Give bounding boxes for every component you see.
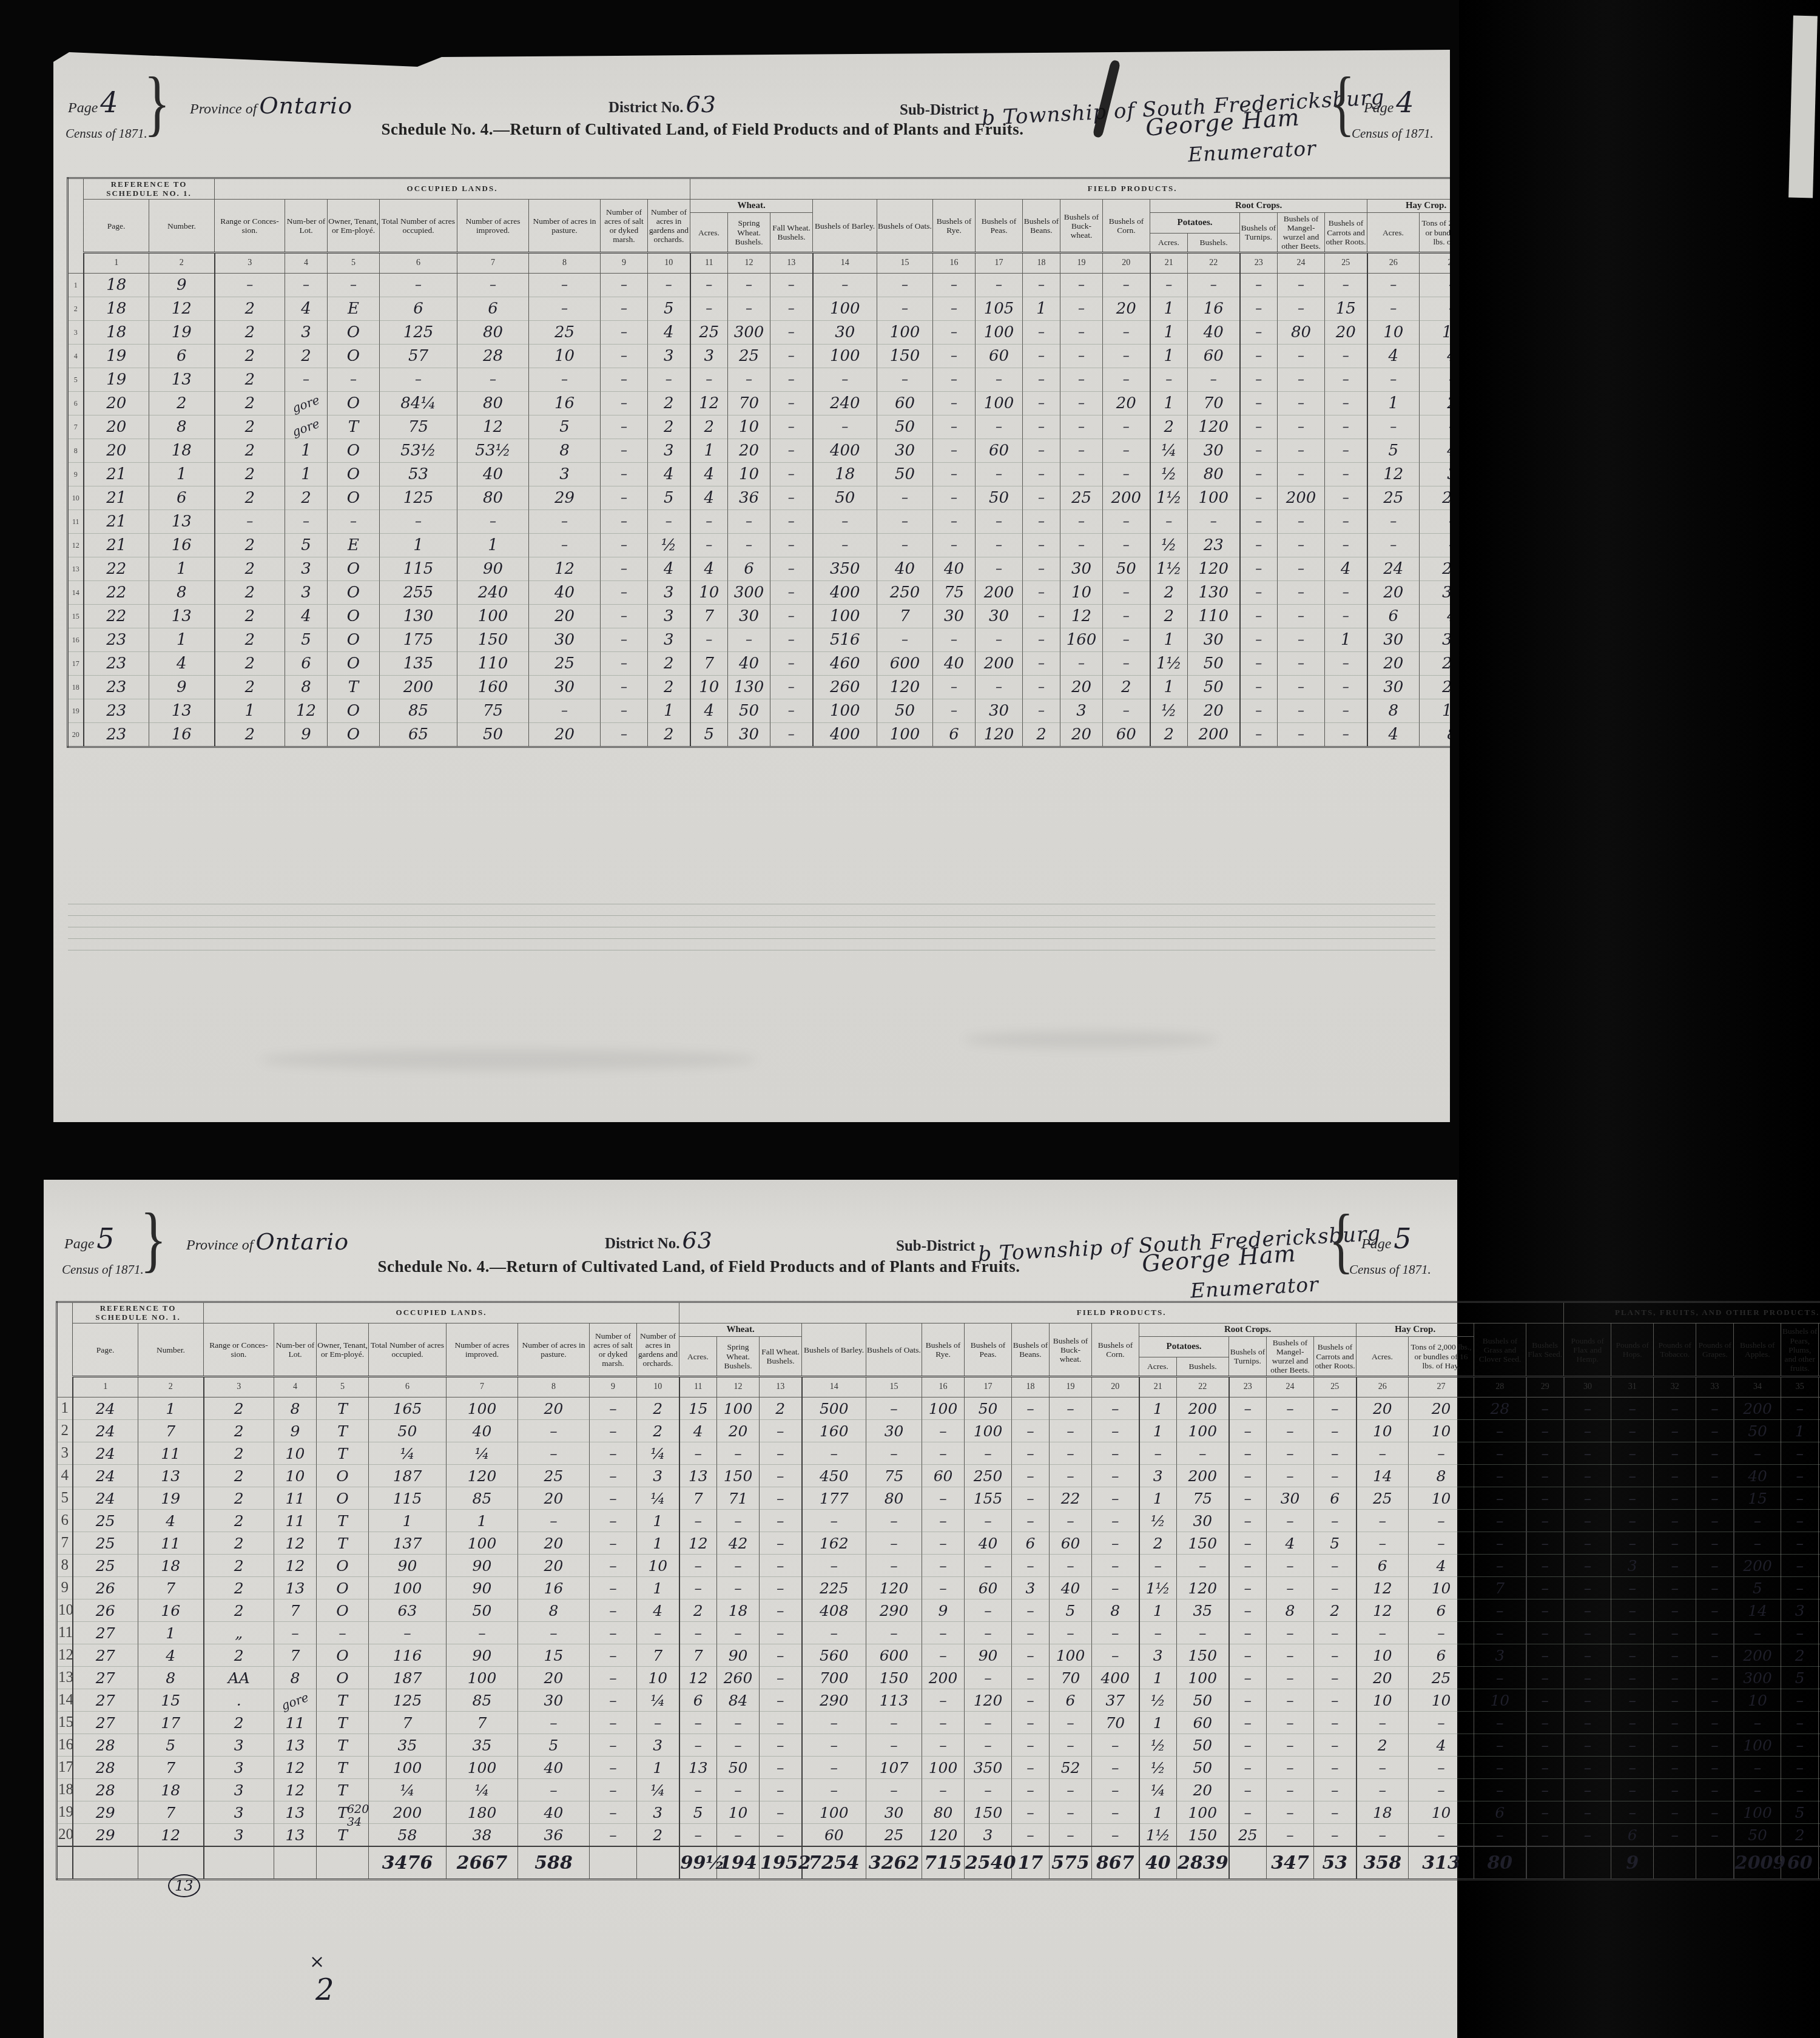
cell: 20 [728,439,770,463]
cell: 100 [447,1757,518,1779]
cell: – [802,1555,866,1577]
cell: – [1023,439,1060,463]
column-header: Reference to Schedule No. 1. [84,178,215,200]
table-row: 19297313T20018040–3510–1003080150–––1100… [57,1801,1820,1824]
cell: – [1240,345,1278,368]
cell: – [760,1779,802,1801]
cell: 5 [679,1801,717,1824]
cell: – [933,534,976,557]
cell: 25 [866,1824,922,1847]
total-cell [204,1846,274,1880]
cell: – [1278,345,1325,368]
cell: 1½ [1139,1824,1177,1847]
cell: 12 [457,415,529,439]
cell: 160 [457,676,529,699]
cell: 150 [965,1801,1012,1824]
cell: – [1150,274,1188,297]
column-header: 25 [1314,1377,1357,1397]
cell: E [328,534,380,557]
cell: 13 [274,1801,317,1824]
cell: – [1103,581,1150,605]
cell: 4 [1367,723,1420,747]
cell: – [1012,1510,1050,1532]
cell: – [1050,1801,1092,1824]
cell: 85 [447,1689,518,1712]
cell: 70 [728,392,770,415]
cell: – [328,368,380,392]
cell: – [1103,345,1150,368]
column-header: Owner, Tenant, or Em-ployé. [328,200,380,253]
cell: – [1229,1734,1267,1757]
cell: – [1050,1734,1092,1757]
cell: 58 [369,1824,447,1847]
cell: – [770,345,813,368]
cell: 1 [149,628,215,652]
cell: 40 [933,557,976,581]
cell: – [1267,1397,1314,1420]
cell: 2 [215,368,285,392]
cell: 2 [679,1599,717,1622]
cell: – [1092,1734,1139,1757]
cell: 1 [1150,345,1188,368]
cell: 120 [866,1577,922,1599]
cell: 50 [1177,1734,1229,1757]
cell: 4 [1367,345,1420,368]
cell: – [1188,368,1240,392]
cell: – [529,510,601,534]
cell: – [590,1689,637,1712]
cell: – [1240,605,1278,628]
column-header: 5 [317,1377,369,1397]
cell: 200 [380,676,457,699]
cell: 60 [1103,723,1150,747]
cell: 2 [215,605,285,628]
cell: 1 [138,1622,204,1644]
cell: – [518,1442,590,1465]
cell: – [770,439,813,463]
cell: ½ [1150,534,1188,557]
cell: – [1564,1622,1611,1644]
cell: – [1060,439,1103,463]
cell: 1 [690,439,728,463]
cell: – [770,274,813,297]
cell: 100 [447,1667,518,1689]
cell: 30 [728,723,770,747]
cell: – [1240,723,1278,747]
cell: 7 [369,1712,447,1734]
column-header: Number of acres in gardens and orchards. [637,1323,679,1377]
district-label: District No. [608,99,684,116]
cell: – [965,1622,1012,1644]
cell: – [1564,1801,1611,1824]
cell: 1 [285,463,328,486]
total-cell: 2009 [1734,1846,1781,1880]
cell: T [317,1757,369,1779]
cell: – [877,510,933,534]
totals-row: 3476266758899½19419527254326271525401757… [57,1846,1820,1880]
cell: 16 [138,1599,204,1622]
province-block: Province of Ontario [190,92,352,119]
row-number: 17 [68,652,84,676]
cell: – [1526,1442,1564,1465]
cell: 3 [637,1801,679,1824]
cell: 6 [1409,1644,1474,1667]
cell: 200 [1177,1397,1229,1420]
cell: – [1060,534,1103,557]
district-block: District No. 63 [605,1227,713,1254]
cell: 105 [976,297,1023,321]
page-number-block: Page 5 [64,1222,115,1255]
cell: 200 [1103,486,1150,510]
cell: – [518,1779,590,1801]
total-cell: 99½ [679,1846,717,1880]
cell: 10 [1409,1689,1474,1712]
cell: – [1781,1510,1819,1532]
cell: – [1188,274,1240,297]
cell: 11 [274,1510,317,1532]
row-number: 12 [57,1644,73,1667]
cell: – [1023,628,1060,652]
column-header: Bushels of Barley. [813,200,877,253]
cell: – [1012,1757,1050,1779]
cell: 25 [73,1510,138,1532]
cell: – [601,368,648,392]
cell: 50 [877,699,933,723]
cell: 113 [866,1689,922,1712]
cell: 19 [84,345,149,368]
cell: – [1564,1824,1611,1847]
cell: 3 [204,1757,274,1779]
cell: 4 [1409,1555,1474,1577]
cell: 53½ [457,439,529,463]
cell: – [1240,392,1278,415]
column-header: Number of acres of salt or dyked marsh. [601,200,648,253]
cell: 2 [1103,676,1150,699]
cell: – [601,486,648,510]
cell: – [1314,1689,1357,1712]
cell: 5 [648,297,690,321]
cell: 14 [1357,1465,1409,1487]
column-header: Bushels of Apples. [1734,1323,1781,1377]
column-header: Bushels of Peas. [965,1323,1012,1377]
cell: – [760,1801,802,1824]
cell: 50 [369,1420,447,1442]
cell: – [965,1712,1012,1734]
cell: 12 [529,557,601,581]
cell: – [1314,1757,1357,1779]
total-cell: 7254 [802,1846,866,1880]
cell: – [717,1442,760,1465]
cell: – [529,274,601,297]
page-label: Page [64,1236,94,1252]
cell: 260 [813,676,877,699]
column-header: 23 [1229,1377,1267,1397]
cell: 560 [802,1644,866,1667]
column-header: Acres. [1357,1336,1409,1376]
cell: 100 [447,1532,518,1555]
cell: – [1357,1532,1409,1555]
cell: – [933,699,976,723]
row-number: 5 [68,368,84,392]
cell: – [1229,1689,1267,1712]
cell: – [1696,1644,1734,1667]
column-header: Bushels of Corn. [1092,1323,1139,1377]
cell: – [1278,368,1325,392]
cell: 2 [215,297,285,321]
empty-ruled-rows [68,893,1435,961]
cell: 5 [1050,1599,1092,1622]
cell: 5 [285,534,328,557]
cell: 50 [1103,557,1150,581]
cell: 35 [1177,1599,1229,1622]
total-cell: 17 [1012,1846,1050,1880]
cell: – [1103,652,1150,676]
cell: – [1409,1510,1474,1532]
cell: 1 [1150,392,1188,415]
cell: – [690,510,728,534]
cell: 155 [965,1487,1012,1510]
cell: 50 [447,1599,518,1622]
cell: – [601,699,648,723]
cell: 700 [802,1667,866,1689]
cell: 4 [648,321,690,345]
cell: – [1139,1442,1177,1465]
cell: 100 [922,1757,965,1779]
cell: 70 [1092,1712,1139,1734]
cell: – [717,1555,760,1577]
cell: – [1177,1622,1229,1644]
cell: – [380,274,457,297]
cell: – [1367,297,1420,321]
table-row: 182818312T¼¼––¼––––––––––¼20––––––––––––… [57,1779,1820,1801]
cell: 22 [84,605,149,628]
cell: 50 [728,699,770,723]
cell: – [1696,1510,1734,1532]
schedule-title: Schedule No. 4.—Return of Cultivated Lan… [268,1257,1130,1276]
cell: ¼ [637,1779,679,1801]
cell: – [1325,605,1367,628]
cell: – [590,1779,637,1801]
cell: 120 [965,1689,1012,1712]
cell: 84¼ [380,392,457,415]
cell: – [1050,1442,1092,1465]
cell: – [976,415,1023,439]
cell: 162 [802,1532,866,1555]
cell: 22 [1050,1487,1092,1510]
cell: – [1023,415,1060,439]
cell: 10 [637,1667,679,1689]
cell: 27 [73,1622,138,1644]
column-header: Tons of 2,000 lbs., or bundles of 16 lbs… [1409,1336,1474,1376]
total-cell: 80 [1474,1846,1526,1880]
cell: – [1474,1824,1526,1847]
column-header: 19 [1050,1377,1092,1397]
cell: 50 [717,1757,760,1779]
cell: – [1696,1420,1734,1442]
cell: 10 [1367,321,1420,345]
cell: – [1696,1487,1734,1510]
cell: 250 [965,1465,1012,1487]
cell: 30 [813,321,877,345]
cell: 12 [679,1532,717,1555]
cell: 2 [204,1420,274,1442]
cell: – [1474,1622,1526,1644]
cell: 20 [1177,1779,1229,1801]
cell: – [1012,1442,1050,1465]
district-number-handwritten: 63 [686,91,716,118]
cell: 1 [1367,392,1420,415]
cell: 30 [1367,628,1420,652]
cell: – [1012,1487,1050,1510]
cell: – [1092,1801,1139,1824]
cell: 17 [138,1712,204,1734]
column-header: Bushels of Rye. [933,200,976,253]
cell: 7 [1474,1577,1526,1599]
column-header: 19 [1060,253,1103,274]
cell: 2 [285,345,328,368]
table-row: 72511212T13710020–11242–162––40660–2150–… [57,1532,1820,1555]
cell: – [802,1442,866,1465]
column-header: Fall Wheat.Bushels. [760,1336,802,1376]
cell: – [1023,321,1060,345]
flourish-mark: 2 [315,1973,334,2007]
cell: – [728,274,770,297]
total-cell: 194 [717,1846,760,1880]
cell: – [1278,723,1325,747]
cell: 7 [877,605,933,628]
row-number: 16 [57,1734,73,1757]
cell: 60 [1188,345,1240,368]
cell: – [922,1555,965,1577]
cell: 50 [1734,1420,1781,1442]
cell: – [1696,1622,1734,1644]
cell: – [274,1622,317,1644]
cell: 25 [73,1532,138,1555]
cell: – [1314,1397,1357,1420]
cell: – [1474,1442,1526,1465]
cell: – [813,274,877,297]
cell: 10 [690,581,728,605]
row-number: 2 [68,297,84,321]
cell: 80 [457,486,529,510]
total-cell [73,1846,138,1880]
cell: 3 [529,463,601,486]
row-number: 18 [68,676,84,699]
cell: 3 [1781,1599,1819,1622]
total-cell: 588 [518,1846,590,1880]
cell: 100 [1177,1420,1229,1442]
cell: – [1103,534,1150,557]
column-header: Number of acres in gardens and orchards. [648,200,690,253]
column-header: 33 [1696,1377,1734,1397]
cell: 60 [1050,1532,1092,1555]
cell: – [518,1622,590,1644]
cell: 28 [1474,1397,1526,1420]
cell: 42 [717,1532,760,1555]
cell: – [1267,1734,1314,1757]
cell: 2 [215,439,285,463]
cell: – [1012,1397,1050,1420]
cell: – [1278,274,1325,297]
total-cell [1526,1846,1564,1880]
cell: – [1734,1757,1781,1779]
table-row: 16285313T35355–3––––––––––½50–––24––––––… [57,1734,1820,1757]
marginal-sum-note: 620 34 [347,1803,369,1829]
cell: – [1526,1689,1564,1712]
cell: 7 [138,1801,204,1824]
cell: 90 [447,1577,518,1599]
cell: 18 [84,321,149,345]
cell: – [1526,1577,1564,1599]
cell: – [447,1622,518,1644]
cell: 350 [813,557,877,581]
cell: 16 [149,534,215,557]
cell: – [728,628,770,652]
column-header: 31 [1611,1377,1654,1397]
row-number: 8 [57,1555,73,1577]
cell: 50 [976,486,1023,510]
total-cell [1654,1846,1696,1880]
cell: 12 [285,699,328,723]
row-number: 4 [68,345,84,368]
cell: 10 [1734,1689,1781,1712]
row-number: 11 [57,1622,73,1644]
cell: – [922,1644,965,1667]
cell: – [728,510,770,534]
total-cell: 1952 [760,1846,802,1880]
cell: – [1474,1599,1526,1622]
cell: – [1229,1465,1267,1487]
cell: – [1060,652,1103,676]
cell: 2 [204,1532,274,1555]
cell: 1 [1139,1667,1177,1689]
cell: 1½ [1150,557,1188,581]
column-header: Bushels of Mangel-wurzel and other Beets… [1267,1336,1314,1376]
column-header: 8 [518,1377,590,1397]
cell: – [1696,1734,1734,1757]
census-page-4: Page 4 Census of 1871. } Province of Ont… [53,49,1450,1122]
cell: – [1367,510,1420,534]
cell: 120 [877,676,933,699]
total-cell [138,1846,204,1880]
cell: – [1696,1801,1734,1824]
cell: 100 [1734,1801,1781,1824]
cell: 30 [1267,1487,1314,1510]
cell: 5 [648,486,690,510]
cell: – [770,628,813,652]
cell: 2 [204,1442,274,1465]
column-header: 15 [877,253,933,274]
cell: 8 [138,1667,204,1689]
row-number: 19 [57,1801,73,1824]
pencil-smudge [963,1031,1218,1048]
cell: – [1267,1644,1314,1667]
cell: 38 [447,1824,518,1847]
cell: 2 [637,1420,679,1442]
column-header: Bushels. [1188,233,1240,253]
cell: – [590,1577,637,1599]
cell: – [215,510,285,534]
cell: 6 [1611,1824,1654,1847]
cell: 50 [813,486,877,510]
cell: 20 [1325,321,1367,345]
cell: 150 [1177,1824,1229,1847]
cell: – [717,1779,760,1801]
cell: 60 [976,345,1023,368]
cell: 3 [204,1734,274,1757]
cell: – [770,605,813,628]
cell: 20 [518,1667,590,1689]
